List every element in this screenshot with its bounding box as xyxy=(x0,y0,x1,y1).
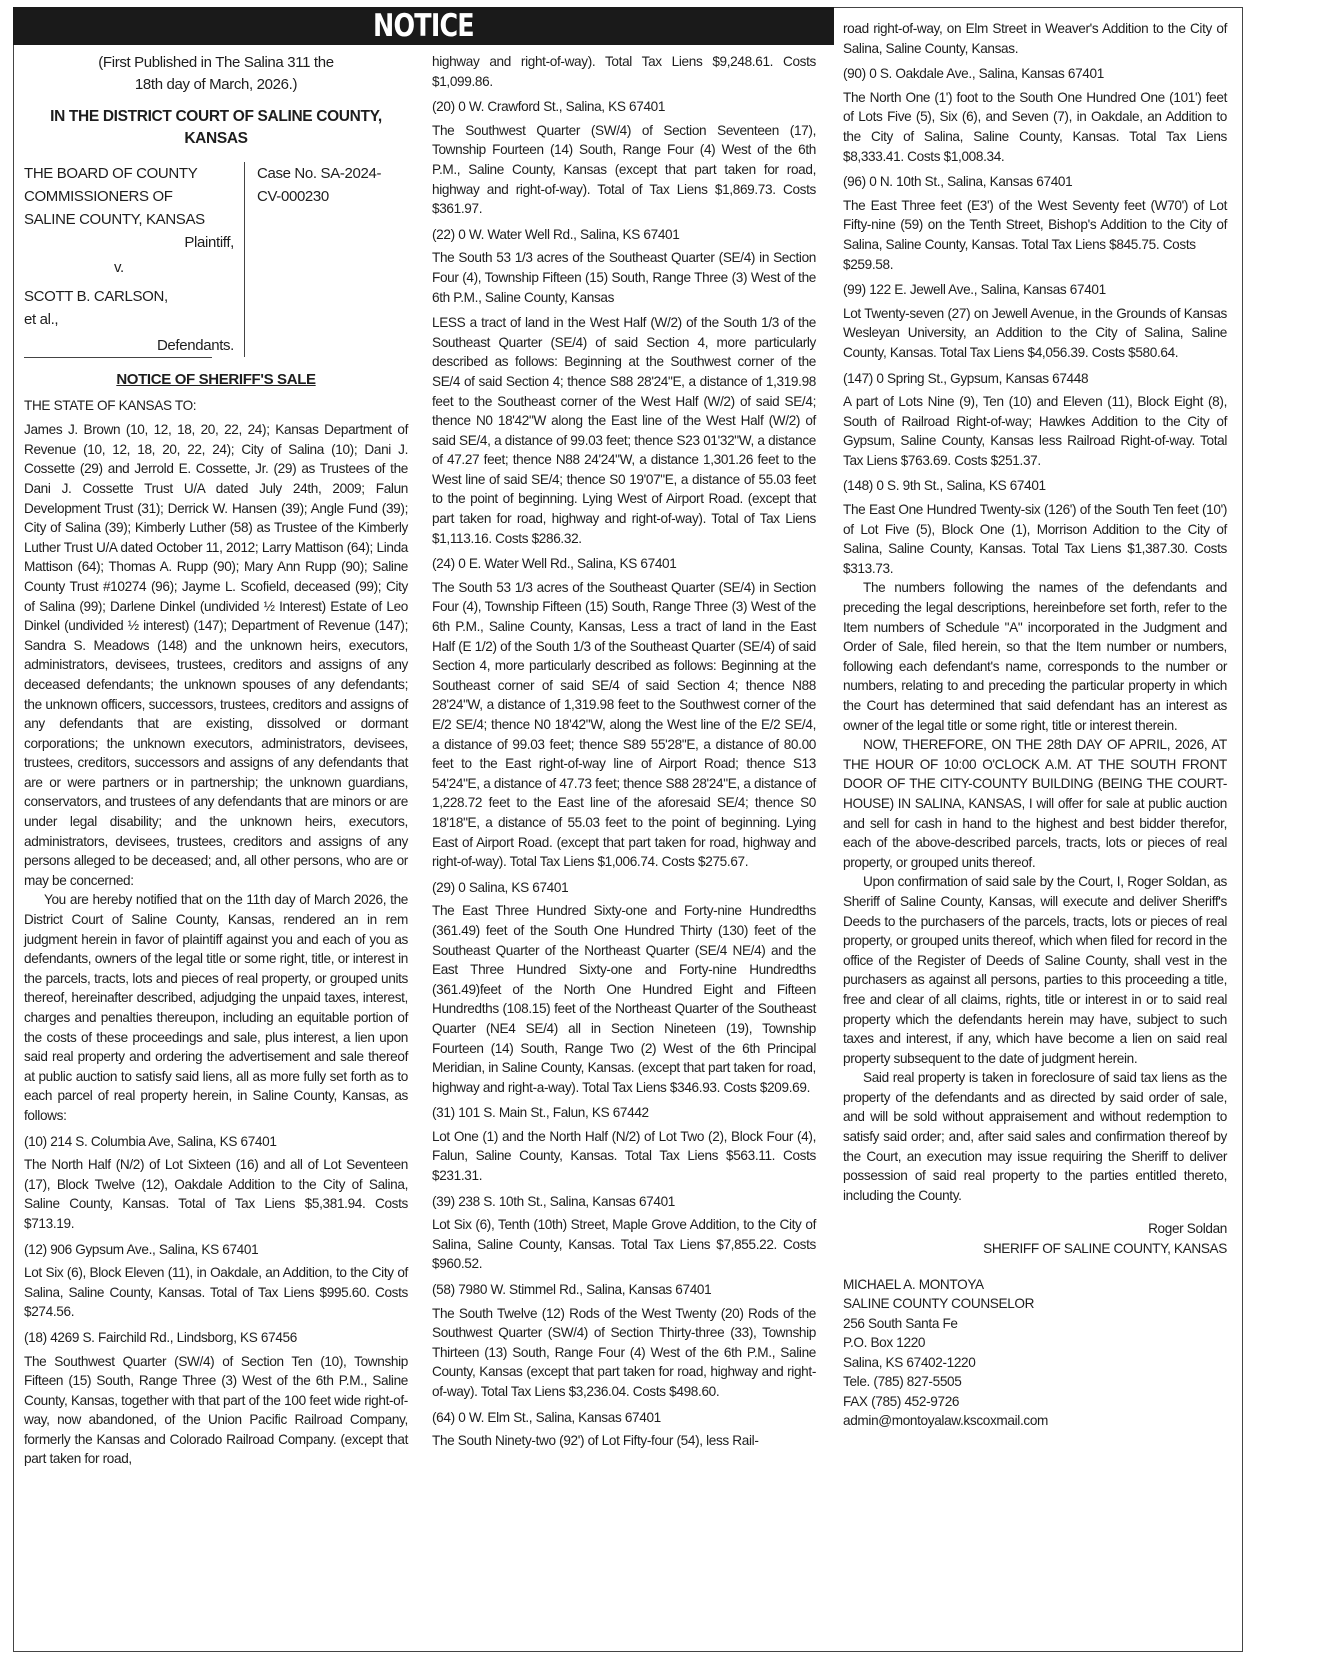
caption-parties: THE BOARD OF COUNTY COMMISSIONERS OF SAL… xyxy=(24,162,245,357)
foreclosure-paragraph: Said real property is taken in foreclosu… xyxy=(843,1068,1227,1205)
parcel-address: (64) 0 W. Elm St., Salina, Kansas 67401 xyxy=(432,1408,816,1428)
versus: v. xyxy=(24,256,234,279)
sheriff-name: Roger Soldan xyxy=(843,1219,1227,1239)
parcel-description: The South 53 1/3 acres of the Southeast … xyxy=(432,248,816,307)
parcel-description: Lot One (1) and the North Half (N/2) of … xyxy=(432,1127,816,1186)
parcel-address: (12) 906 Gypsum Ave., Salina, KS 67401 xyxy=(24,1240,408,1260)
parcel-description-continued: LESS a tract of land in the West Half (W… xyxy=(432,313,816,548)
caption-rule xyxy=(24,357,212,358)
parcel-address: (31) 101 S. Main St., Falun, KS 67442 xyxy=(432,1103,816,1123)
parcel-address: (58) 7980 W. Stimmel Rd., Salina, Kansas… xyxy=(432,1280,816,1300)
defendants-label: Defendants. xyxy=(24,334,234,357)
sale-date-paragraph: NOW, THEREFORE, ON THE 28th DAY OF APRIL… xyxy=(843,735,1227,872)
counsel-street: 256 South Santa Fe xyxy=(843,1314,1227,1334)
notice-banner: NOTICE xyxy=(13,7,834,45)
notified-paragraph: You are hereby notified that on the 11th… xyxy=(24,890,408,1125)
parcel-address: (20) 0 W. Crawford St., Salina, KS 67401 xyxy=(432,97,816,117)
parcel-address: (147) 0 Spring St., Gypsum, Kansas 67448 xyxy=(843,369,1227,389)
parcel-address: (90) 0 S. Oakdale Ave., Salina, Kansas 6… xyxy=(843,64,1227,84)
column-1: (First Published in The Salina 311 the 1… xyxy=(24,52,408,1469)
notice-of-sale-title: NOTICE OF SHERIFF'S SALE xyxy=(24,370,408,390)
parcel-description: The North Half (N/2) of Lot Sixteen (16)… xyxy=(24,1155,408,1233)
plaintiff-label: Plaintiff, xyxy=(24,231,234,254)
counsel-city: Salina, KS 67402-1220 xyxy=(843,1353,1227,1373)
counsel-name: MICHAEL A. MONTOYA xyxy=(843,1275,1227,1295)
parcel-description: The Southwest Quarter (SW/4) of Section … xyxy=(432,121,816,219)
parcel-description: The South 53 1/3 acres of the Southeast … xyxy=(432,578,816,872)
parcel-address: (22) 0 W. Water Well Rd., Salina, KS 674… xyxy=(432,225,816,245)
parcel-address: (29) 0 Salina, KS 67401 xyxy=(432,878,816,898)
parcel-description: A part of Lots Nine (9), Ten (10) and El… xyxy=(843,392,1227,470)
parcel-description: The Southwest Quarter (SW/4) of Section … xyxy=(24,1352,408,1470)
confirmation-paragraph: Upon confirmation of said sale by the Co… xyxy=(843,872,1227,1068)
parcel-address: (18) 4269 S. Fairchild Rd., Lindsborg, K… xyxy=(24,1328,408,1348)
parcel-description: The East Three feet (E3') of the West Se… xyxy=(843,196,1227,255)
counsel-email[interactable]: admin@montoyalaw.kscoxmail.com xyxy=(843,1411,1227,1431)
parcel-description-tail: $259.58. xyxy=(843,255,1227,275)
parcel-address: (99) 122 E. Jewell Ave., Salina, Kansas … xyxy=(843,280,1227,300)
parcel-address: (24) 0 E. Water Well Rd., Salina, KS 674… xyxy=(432,554,816,574)
column-3: road right-of-way, on Elm Street in Weav… xyxy=(843,19,1227,1431)
counsel-block: MICHAEL A. MONTOYA SALINE COUNTY COUNSEL… xyxy=(843,1275,1227,1431)
sheriff-title: SHERIFF OF SALINE COUNTY, KANSAS xyxy=(843,1239,1227,1259)
notice-heading: NOTICE xyxy=(373,7,474,45)
parcel-description: The East Three Hundred Sixty-one and For… xyxy=(432,901,816,1097)
parcel-address: (39) 238 S. 10th St., Salina, Kansas 674… xyxy=(432,1192,816,1212)
counsel-title: SALINE COUNTY COUNSELOR xyxy=(843,1294,1227,1314)
counsel-po-box: P.O. Box 1220 xyxy=(843,1333,1227,1353)
parcel-description: Lot Six (6), Block Eleven (11), in Oakda… xyxy=(24,1263,408,1322)
parcel-description: The South Ninety-two (92') of Lot Fifty-… xyxy=(432,1431,816,1451)
sheriff-signature: Roger Soldan SHERIFF OF SALINE COUNTY, K… xyxy=(843,1219,1227,1258)
publication-note: (First Published in The Salina 311 the 1… xyxy=(24,52,408,96)
item-numbers-paragraph: The numbers following the names of the d… xyxy=(843,578,1227,735)
parcel-description: The North One (1') foot to the South One… xyxy=(843,88,1227,166)
parcel-description: The South Twelve (12) Rods of the West T… xyxy=(432,1304,816,1402)
parcel-description: The East One Hundred Twenty-six (126') o… xyxy=(843,500,1227,578)
parcel-description: Lot Six (6), Tenth (10th) Street, Maple … xyxy=(432,1215,816,1274)
salutation: THE STATE OF KANSAS TO: xyxy=(24,396,408,416)
parcel-description-continued: road right-of-way, on Elm Street in Weav… xyxy=(843,19,1227,58)
parcel-description-continued: highway and right-of-way). Total Tax Lie… xyxy=(432,52,816,91)
case-number: Case No. SA-2024- CV-000230 xyxy=(245,162,381,357)
court-heading: IN THE DISTRICT COURT OF SALINE COUNTY, … xyxy=(24,106,408,150)
parcel-address: (10) 214 S. Columbia Ave, Salina, KS 674… xyxy=(24,1132,408,1152)
defendants-paragraph: James J. Brown (10, 12, 18, 20, 22, 24);… xyxy=(24,420,408,890)
case-caption: THE BOARD OF COUNTY COMMISSIONERS OF SAL… xyxy=(24,162,408,357)
parcel-address: (148) 0 S. 9th St., Salina, KS 67401 xyxy=(843,476,1227,496)
parcel-address: (96) 0 N. 10th St., Salina, Kansas 67401 xyxy=(843,172,1227,192)
parcel-description: Lot Twenty-seven (27) on Jewell Avenue, … xyxy=(843,304,1227,363)
counsel-fax: FAX (785) 452-9726 xyxy=(843,1392,1227,1412)
column-2: highway and right-of-way). Total Tax Lie… xyxy=(432,52,816,1451)
counsel-phone: Tele. (785) 827-5505 xyxy=(843,1372,1227,1392)
